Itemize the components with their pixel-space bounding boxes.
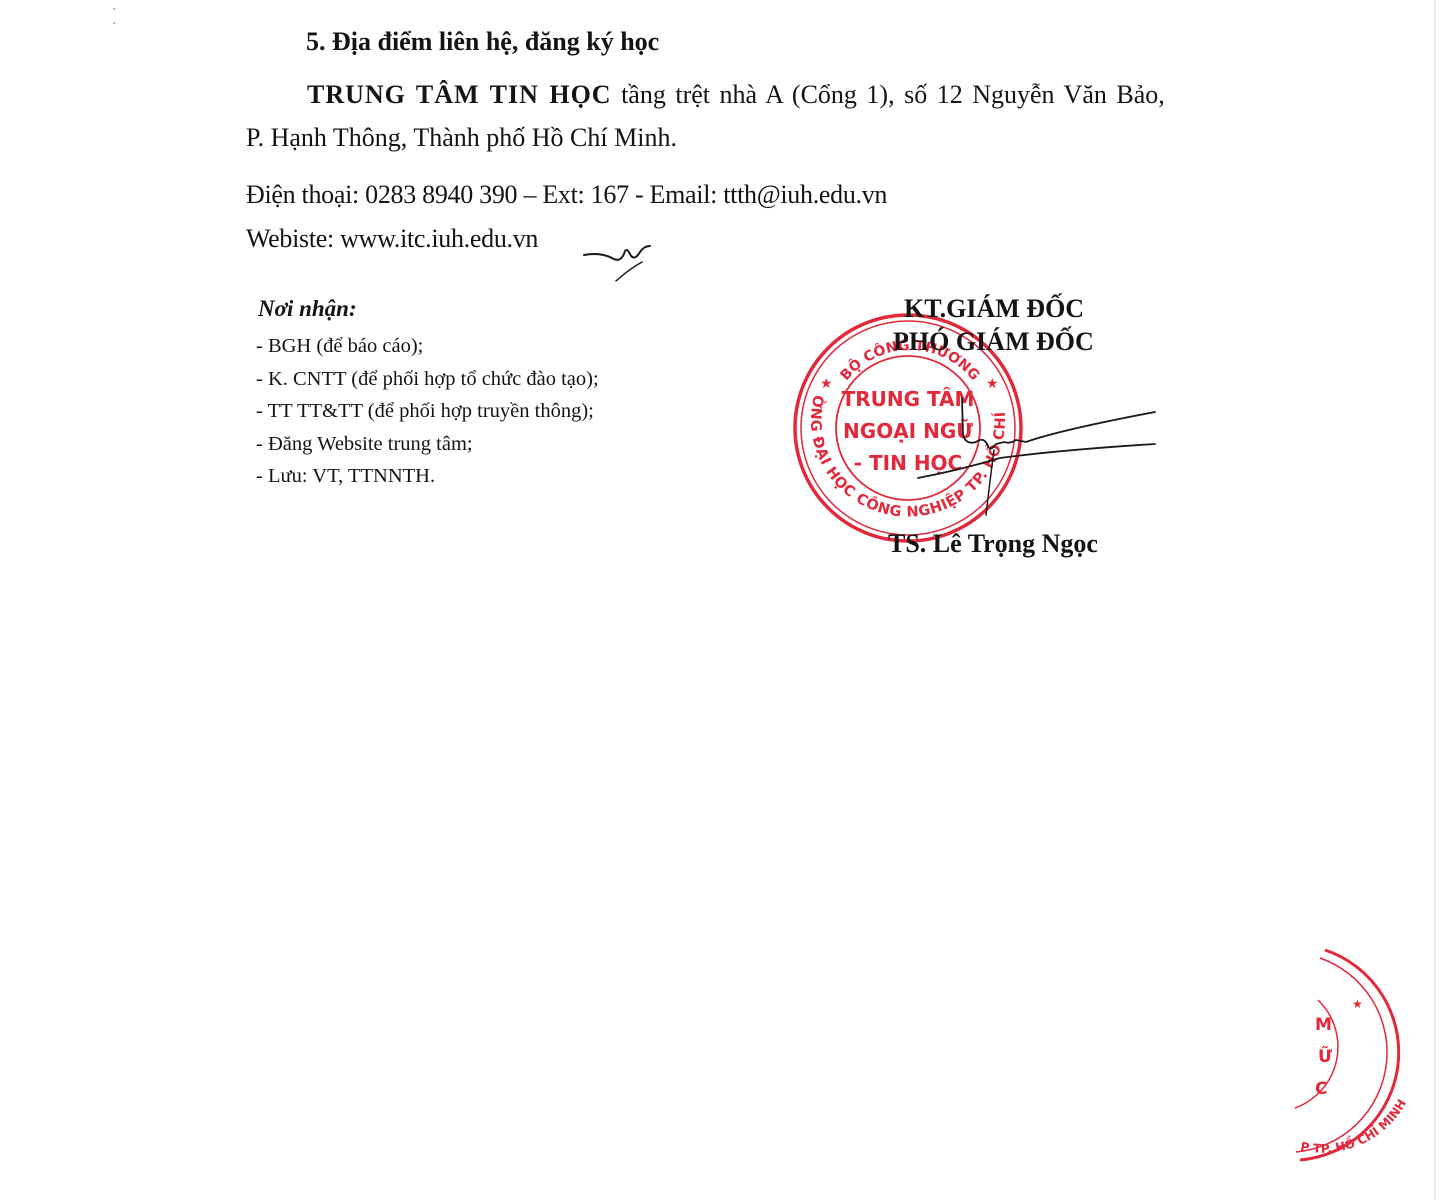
director-signature [918,398,1155,515]
initials-mark [584,246,650,281]
handwritten-signatures [0,0,1439,1200]
